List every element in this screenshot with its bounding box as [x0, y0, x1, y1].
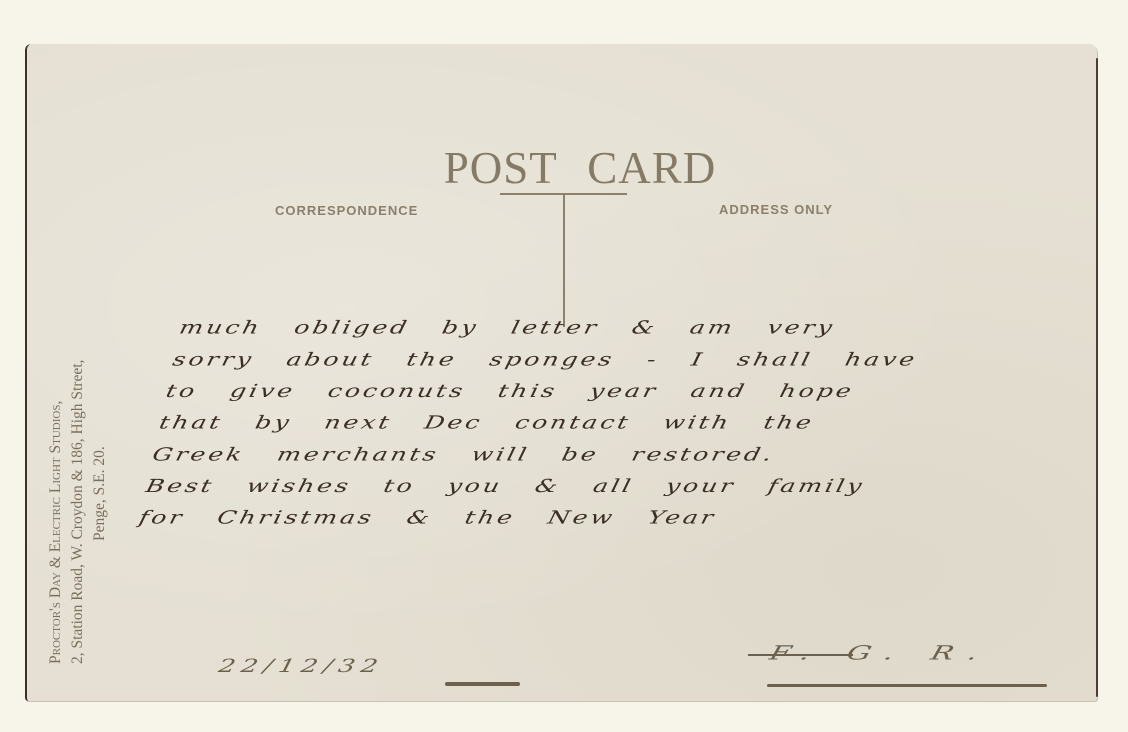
date-underline [445, 682, 520, 686]
imprint-line-3: Penge, S.E. 20. [89, 144, 111, 664]
message-line: Best wishes to you & all your family [143, 470, 1050, 502]
handwritten-date: 22/12/32 [217, 656, 386, 677]
signature-underline [767, 684, 1047, 687]
imprint-line-2: 2, Station Road, W. Croydon & 186, High … [67, 144, 89, 664]
divider-vertical [563, 194, 565, 327]
handwritten-message: much obliged by letter & am very sorry a… [136, 312, 1083, 534]
message-line: to give coconuts this year and hope [163, 375, 1070, 407]
postcard-title: POST CARD [415, 142, 745, 194]
address-only-label: ADDRESS ONLY [719, 202, 833, 217]
message-line: Greek merchants will be restored. [149, 439, 1056, 471]
imprint-line-1: Proctor's Day & Electric Light Studios, [45, 144, 67, 664]
message-line: that by next Dec contact with the [156, 407, 1063, 439]
message-line: sorry about the sponges - I shall have [170, 344, 1077, 376]
message-line: for Christmas & the New Year [136, 502, 1043, 534]
postcard: POST CARD CORRESPONDENCE ADDRESS ONLY Pr… [25, 44, 1097, 701]
correspondence-label: CORRESPONDENCE [275, 203, 418, 218]
message-line: much obliged by letter & am very [176, 312, 1083, 344]
publisher-imprint: Proctor's Day & Electric Light Studios, … [45, 144, 111, 664]
signature: F. G. R. [767, 642, 994, 665]
